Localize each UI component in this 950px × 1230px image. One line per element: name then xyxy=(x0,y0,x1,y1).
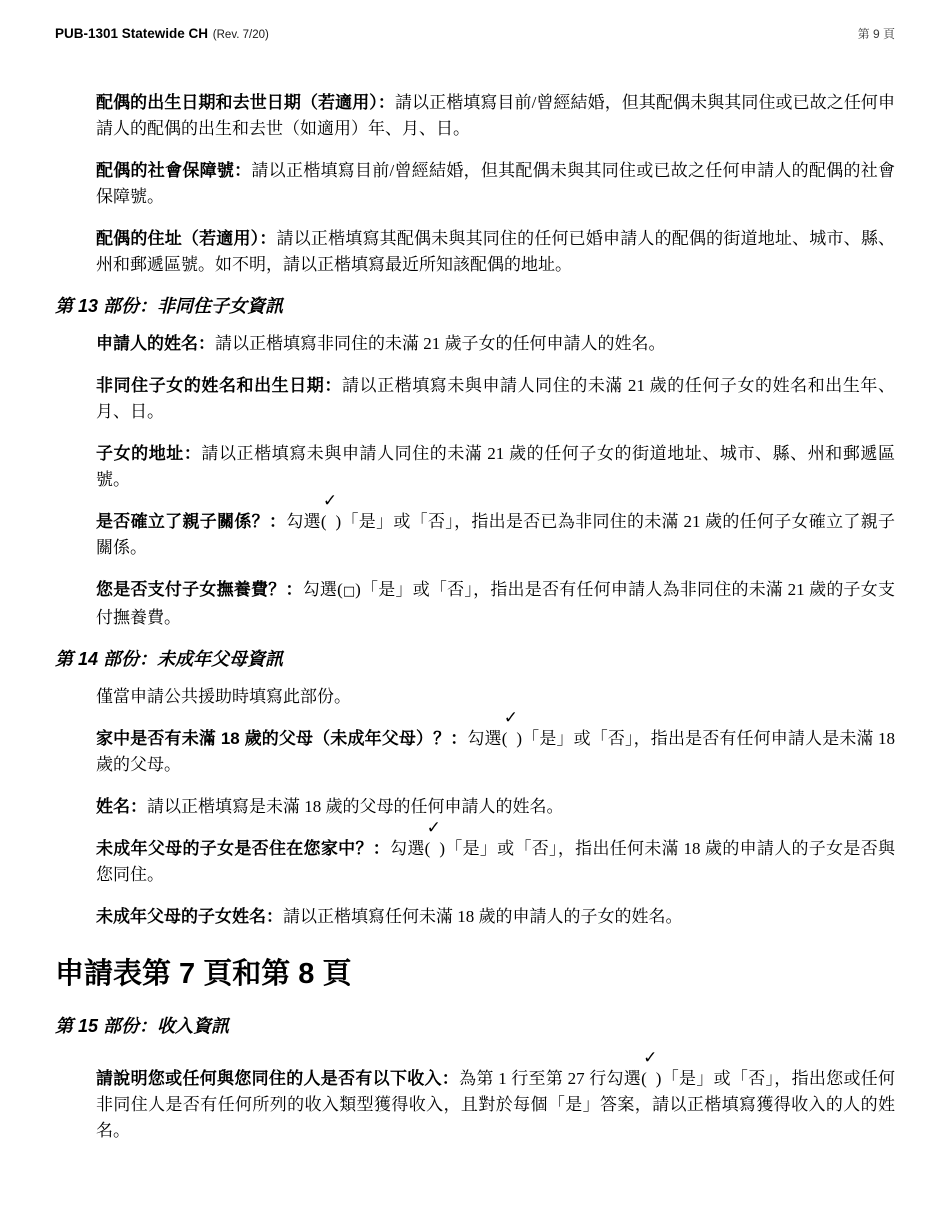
doc-revision: (Rev. 7/20) xyxy=(213,29,269,41)
para-label: 配偶的出生日期和去世日期（若適用）： xyxy=(96,93,395,112)
para-note: 僅當申請公共援助時填寫此部份。 xyxy=(96,684,895,710)
para-text-pre: 勾選 xyxy=(303,580,337,599)
para-text: 請以正楷填寫未與申請人同住的未滿 21 歲的任何子女的街道地址、城市、縣、州和郵… xyxy=(96,444,895,489)
checkmark-icon: ✓ xyxy=(504,710,518,727)
checkmark-icon: ✓ xyxy=(323,493,337,510)
paren-close: ) xyxy=(336,512,342,531)
para-label: 姓名： xyxy=(96,797,147,816)
paren-open: ( xyxy=(502,729,508,748)
para-label: 配偶的社會保障號： xyxy=(96,161,251,180)
para-paternity: 是否確立了親子關係？：勾選✓()「是」或「否」，指出是否已為非同住的未滿 21 … xyxy=(96,509,895,561)
para-spouse-ssn: 配偶的社會保障號：請以正楷填寫目前/曾經結婚，但其配偶未與其同住或已故之任何申請… xyxy=(96,158,895,210)
paren-close: ) xyxy=(656,1069,662,1088)
para-spouse-address: 配偶的住址（若適用）：請以正楷填寫其配偶未與其同住的任何已婚申請人的配偶的街道地… xyxy=(96,226,895,278)
para-label: 申請人的姓名： xyxy=(96,334,215,353)
para-label: 未成年父母的子女姓名： xyxy=(96,907,283,926)
checkmark-icon: ✓ xyxy=(427,820,441,837)
doc-title: PUB-1301 Statewide CH (Rev. 7/20) xyxy=(55,20,269,48)
para-applicant-name: 申請人的姓名：請以正楷填寫非同住的未滿 21 歲子女的任何申請人的姓名。 xyxy=(96,331,895,357)
para-label: 您是否支付子女撫養費？： xyxy=(96,580,303,599)
page-header: PUB-1301 Statewide CH (Rev. 7/20) 第 9 頁 xyxy=(55,20,895,48)
para-text-pre: 為第 1 行至第 27 行勾選 xyxy=(459,1069,641,1088)
paren-close: ) xyxy=(439,839,445,858)
para-name: 姓名：請以正楷填寫是未滿 18 歲的父母的任何申請人的姓名。 xyxy=(96,794,895,820)
para-text-pre: 勾選 xyxy=(286,512,321,531)
para-child-address: 子女的地址：請以正楷填寫未與申請人同住的未滿 21 歲的任何子女的街道地址、城市… xyxy=(96,441,895,493)
section-heading-13: 第 13 部份：非同住子女資訊 xyxy=(55,294,895,318)
para-income: 請說明您或任何與您同住的人是否有以下收入：為第 1 行至第 27 行勾選✓()「… xyxy=(96,1066,895,1144)
page-number: 第 9 頁 xyxy=(858,21,895,47)
para-child-support: 您是否支付子女撫養費？：勾選(□)「是」或「否」，指出是否有任何申請人為非同住的… xyxy=(96,577,895,631)
para-label: 子女的地址： xyxy=(96,444,201,463)
para-label: 非同住子女的姓名和出生日期： xyxy=(96,376,342,395)
checkmark-parens: ✓() xyxy=(425,836,445,862)
checkmark-icon: ✓ xyxy=(643,1050,657,1067)
paren-open: ( xyxy=(425,839,431,858)
para-minor-parent-child-name: 未成年父母的子女姓名：請以正楷填寫任何未滿 18 歲的申請人的子女的姓名。 xyxy=(96,904,895,930)
para-label: 家中是否有未滿 18 歲的父母（未成年父母）？： xyxy=(96,729,467,748)
para-label: 請說明您或任何與您同住的人是否有以下收入： xyxy=(96,1069,459,1088)
paren-open: ( xyxy=(321,512,327,531)
para-text: 請以正楷填寫是未滿 18 歲的父母的任何申請人的姓名。 xyxy=(147,797,564,816)
para-text-pre: 勾選 xyxy=(467,729,501,748)
paren-close: ) xyxy=(355,580,361,599)
checkbox-icon: □ xyxy=(343,584,355,599)
para-child-name-dob: 非同住子女的姓名和出生日期：請以正楷填寫未與申請人同住的未滿 21 歲的任何子女… xyxy=(96,373,895,425)
para-label: 是否確立了親子關係？： xyxy=(96,512,286,531)
para-text: 請以正楷填寫任何未滿 18 歲的申請人的子女的姓名。 xyxy=(283,907,683,926)
para-label: 配偶的住址（若適用）： xyxy=(96,229,277,248)
checkbox-parens: (□) xyxy=(337,577,361,605)
para-text-pre: 勾選 xyxy=(390,839,425,858)
checkmark-parens: ✓() xyxy=(641,1066,661,1092)
checkmark-parens: ✓() xyxy=(502,726,522,752)
document-page: PUB-1301 Statewide CH (Rev. 7/20) 第 9 頁 … xyxy=(0,0,950,1230)
paren-open: ( xyxy=(641,1069,647,1088)
para-spouse-dob: 配偶的出生日期和去世日期（若適用）：請以正楷填寫目前/曾經結婚，但其配偶未與其同… xyxy=(96,90,895,142)
paren-close: ) xyxy=(516,729,522,748)
section-heading-14: 第 14 部份：未成年父母資訊 xyxy=(55,647,895,671)
para-label: 未成年父母的子女是否住在您家中？： xyxy=(96,839,390,858)
para-text: 請以正楷填寫非同住的未滿 21 歲子女的任何申請人的姓名。 xyxy=(215,334,666,353)
doc-id: PUB-1301 Statewide CH xyxy=(55,26,208,41)
para-minor-parent-child-home: 未成年父母的子女是否住在您家中？：勾選✓()「是」或「否」，指出任何未滿 18 … xyxy=(96,836,895,888)
section-heading-15: 第 15 部份：收入資訊 xyxy=(55,1014,895,1038)
para-minor-parent: 家中是否有未滿 18 歲的父母（未成年父母）？：勾選✓()「是」或「否」，指出是… xyxy=(96,726,895,778)
checkmark-parens: ✓() xyxy=(321,509,341,535)
page-title-application-pages-7-8: 申請表第 7 頁和第 8 頁 xyxy=(55,956,895,992)
